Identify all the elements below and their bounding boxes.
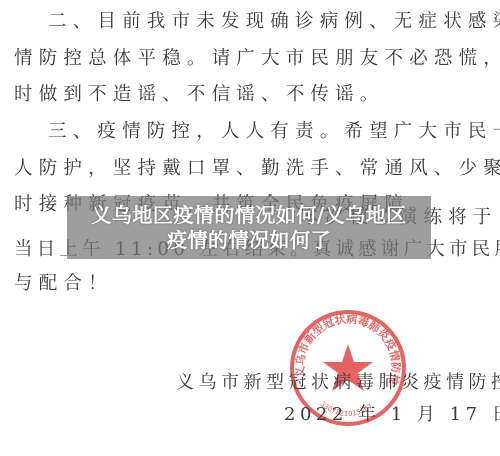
paragraph-3-line-1: 三、疫情防控，人人有责。希望广大市民一如既往做好个 [48, 120, 500, 144]
signature-organization: 义乌市新型冠状病毒肺炎疫情防控指挥部 [176, 368, 500, 394]
signature-date: 2022 年 1 月 17 日 [284, 400, 500, 426]
overlay-title-line-2: 疫情的情况如何了 [167, 228, 331, 253]
overlay-title-line-1: 义乌地区疫情的情况如何/义乌地区 [91, 203, 406, 228]
paragraph-2-line-2: 情防控总体平稳。请广大市民朋友不必恐慌，并积极配合，同 [14, 47, 490, 71]
paragraph-2-line-1: 二、目前我市未发现确诊病例、无症状感染者，社会面疫 [48, 10, 500, 34]
paragraph-4-line-3: 与配合！ [14, 272, 490, 296]
title-overlay-banner: 义乌地区疫情的情况如何/义乌地区 疫情的情况如何了 [67, 196, 431, 259]
paragraph-2-line-3: 时做到不造谣、不信谣、不传谣。 [14, 83, 490, 107]
paragraph-3-line-2: 人防护，坚持戴口罩、勤洗手、常通风、少聚集、一米线，及 [14, 157, 490, 181]
